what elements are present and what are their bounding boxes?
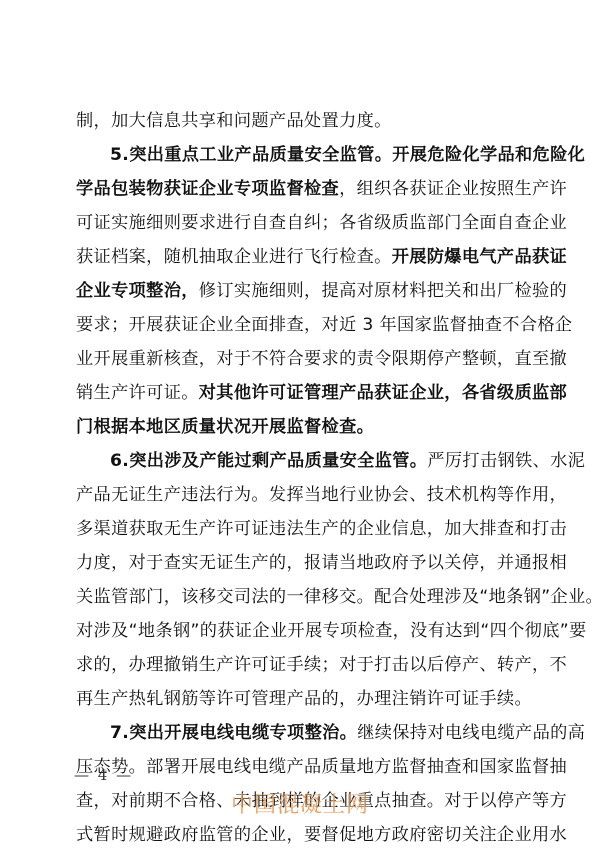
bold-text-segment: 7.突出开展电线电缆专项整治。 xyxy=(110,723,357,743)
text-line: 企业专项整治，修订实施细则，提高对原材料把关和出厂检验的 xyxy=(76,274,528,308)
text-line: 力度，对于查实无证生产的，报请当地政府予以关停，并通报相 xyxy=(76,546,528,580)
text-line: 门根据本地区质量状况开展监督检查。 xyxy=(76,410,528,444)
bold-text-segment: 开展防爆电气产品获证 xyxy=(392,247,567,267)
text-segment: 多渠道获取无生产许可证违法生产的企业信息，加大排查和打击 xyxy=(76,519,567,539)
text-line: 式暂时规避政府监管的企业，要督促地方政府密切关注企业用水 xyxy=(76,818,528,848)
text-line: 制，加大信息共享和问题产品处置力度。 xyxy=(76,104,528,138)
text-segment: 式暂时规避政府监管的企业，要督促地方政府密切关注企业用水 xyxy=(76,825,567,845)
page-number: — 4 — xyxy=(74,766,133,784)
text-segment: 业开展重新核查，对于不符合要求的责令限期停产整顿，直至撤 xyxy=(76,349,567,369)
text-segment: 销生产许可证。 xyxy=(76,383,199,403)
text-segment: 产品无证生产违法行为。发挥当地行业协会、技术机构等作用， xyxy=(76,485,567,505)
text-line: 多渠道获取无生产许可证违法生产的企业信息，加大排查和打击 xyxy=(76,512,528,546)
text-line: 求的，办理撤销生产许可证手续；对于打击以后停产、转产，不 xyxy=(76,648,528,682)
text-segment: 力度，对于查实无证生产的，报请当地政府予以关停，并通报相 xyxy=(76,553,567,573)
text-line: 5.突出重点工业产品质量安全监管。开展危险化学品和危险化 xyxy=(76,138,528,172)
text-line: 6.突出涉及产能过剩产品质量安全监管。严厉打击钢铁、水泥 xyxy=(76,444,528,478)
text-segment: 获证档案，随机抽取企业进行飞行检查。 xyxy=(76,247,392,267)
text-segment: 修订实施细则，提高对原材料把关和出厂检验的 xyxy=(199,281,567,301)
bold-text-segment: 企业专项整治， xyxy=(76,281,199,301)
site-watermark: 中国混凝土网 xyxy=(0,788,600,819)
text-segment: 压态势。部署开展电线电缆产品质量地方监督抽查和国家监督抽 xyxy=(76,757,567,777)
bold-text-segment: 6.突出涉及产能过剩产品质量安全监管。 xyxy=(110,451,427,471)
text-line: 业开展重新核查，对于不符合要求的责令限期停产整顿，直至撤 xyxy=(76,342,528,376)
text-segment: 严厉打击钢铁、水泥 xyxy=(427,451,585,471)
text-line: 获证档案，随机抽取企业进行飞行检查。开展防爆电气产品获证 xyxy=(76,240,528,274)
text-line: 要求；开展获证企业全面排查，对近 3 年国家监督抽查不合格企 xyxy=(76,308,528,342)
text-line: 关监管部门，该移交司法的一律移交。配合处理涉及“地条钢”企业。 xyxy=(76,580,528,614)
text-line: 压态势。部署开展电线电缆产品质量地方监督抽查和国家监督抽 xyxy=(76,750,528,784)
text-segment: 继续保持对电线电缆产品的高 xyxy=(357,723,585,743)
text-segment: 可证实施细则要求进行自查自纠；各省级质监部门全面自查企业 xyxy=(76,213,567,233)
text-line: 对涉及“地条钢”的获证企业开展专项检查，没有达到“四个彻底”要 xyxy=(76,614,528,648)
document-page: 制，加大信息共享和问题产品处置力度。5.突出重点工业产品质量安全监管。开展危险化… xyxy=(0,0,600,848)
text-line: 产品无证生产违法行为。发挥当地行业协会、技术机构等作用， xyxy=(76,478,528,512)
text-segment: 再生产热轧钢筋等许可管理产品的，办理注销许可证手续。 xyxy=(76,689,532,709)
text-line: 可证实施细则要求进行自查自纠；各省级质监部门全面自查企业 xyxy=(76,206,528,240)
text-segment: 要求；开展获证企业全面排查，对近 3 年国家监督抽查不合格企 xyxy=(76,315,572,335)
text-segment: 制，加大信息共享和问题产品处置力度。 xyxy=(76,111,392,131)
text-line: 再生产热轧钢筋等许可管理产品的，办理注销许可证手续。 xyxy=(76,682,528,716)
text-segment: ，组织各获证企业按照生产许 xyxy=(339,179,567,199)
text-segment: 求的，办理撤销生产许可证手续；对于打击以后停产、转产，不 xyxy=(76,655,567,675)
body-text: 制，加大信息共享和问题产品处置力度。5.突出重点工业产品质量安全监管。开展危险化… xyxy=(76,104,528,848)
bold-text-segment: 对其他许可证管理产品获证企业，各省级质监部 xyxy=(199,383,567,403)
text-line: 学品包装物获证企业专项监督检查，组织各获证企业按照生产许 xyxy=(76,172,528,206)
text-line: 销生产许可证。对其他许可证管理产品获证企业，各省级质监部 xyxy=(76,376,528,410)
text-segment: 关监管部门，该移交司法的一律移交。配合处理涉及“地条钢”企业。 xyxy=(76,587,600,607)
text-segment: 对涉及“地条钢”的获证企业开展专项检查，没有达到“四个彻底”要 xyxy=(76,621,587,641)
bold-text-segment: 5.突出重点工业产品质量安全监管。开展危险化学品和危险化 xyxy=(110,145,585,165)
bold-text-segment: 学品包装物获证企业专项监督检查 xyxy=(76,179,339,199)
bold-text-segment: 门根据本地区质量状况开展监督检查。 xyxy=(76,417,374,437)
text-line: 7.突出开展电线电缆专项整治。继续保持对电线电缆产品的高 xyxy=(76,716,528,750)
